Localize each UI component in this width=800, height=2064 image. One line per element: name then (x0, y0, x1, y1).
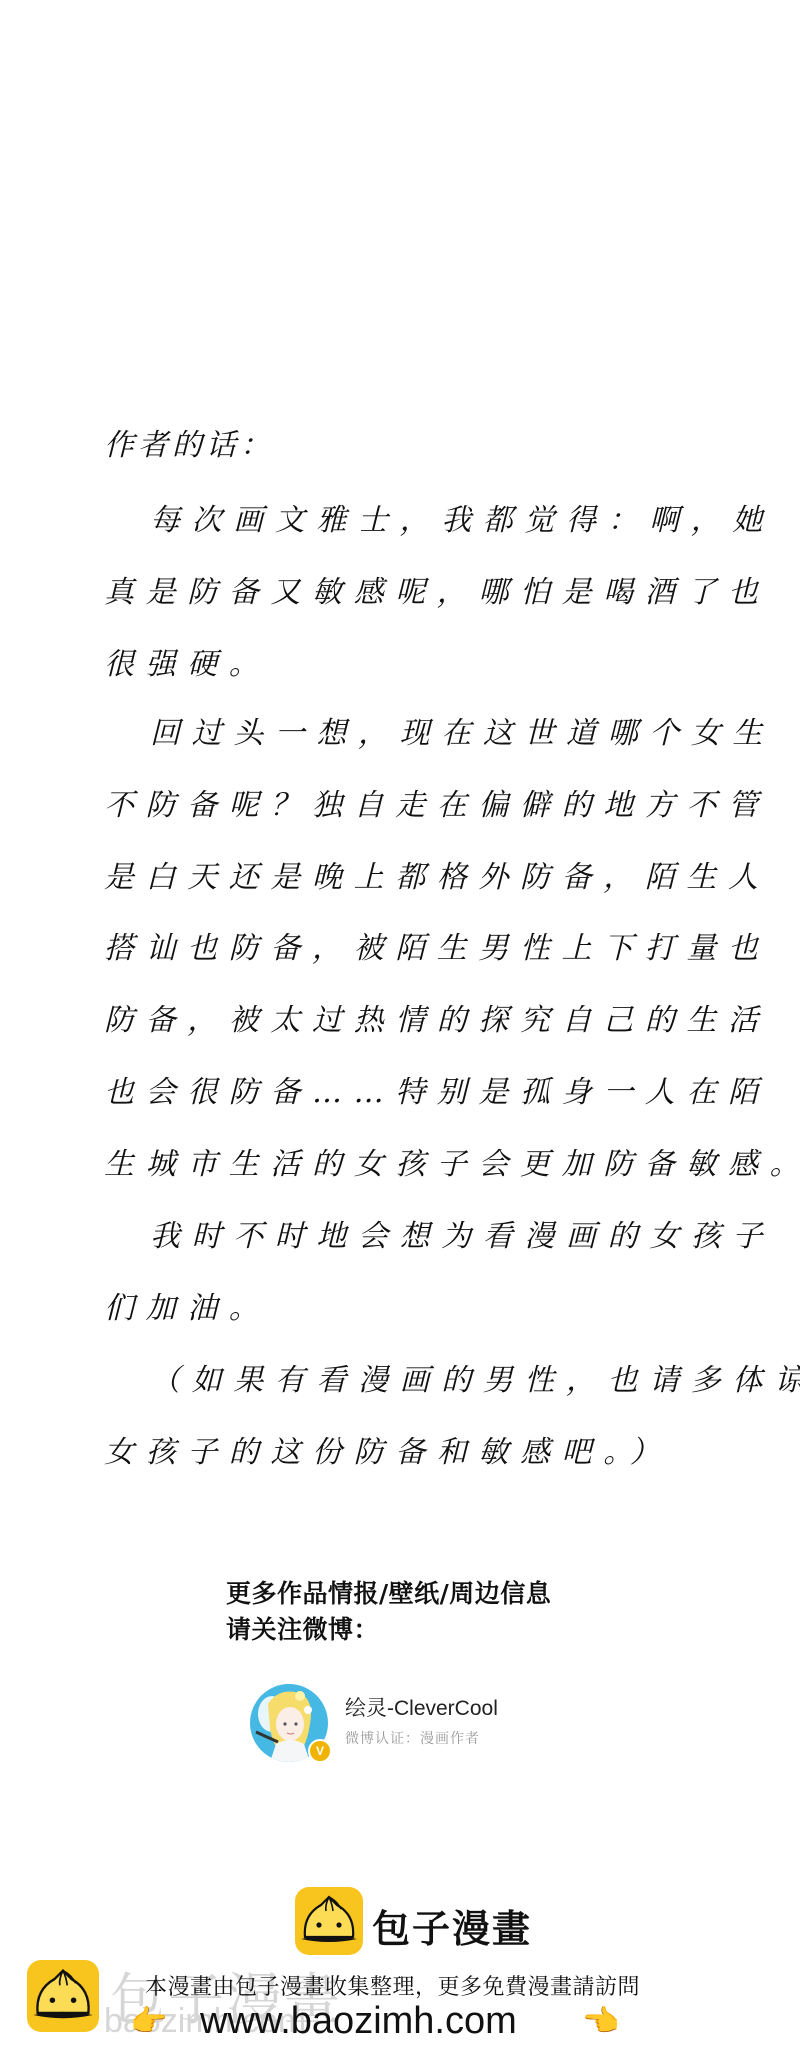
note-line: 我时不时地会想为看漫画的女孩子 (150, 1211, 774, 1255)
note-line: 是白天还是晚上都格外防备，陌生人 (104, 852, 770, 896)
watermark-logo-icon (27, 1960, 99, 2032)
note-line: （如果有看漫画的男性，也请多体谅 (150, 1355, 800, 1399)
note-line: 也会很防备……特别是孤身一人在陌 (104, 1067, 770, 1111)
note-line: 每次画文雅士，我都觉得：啊，她 (150, 495, 774, 539)
note-line: 真是防备又敏感呢，哪怕是喝酒了也 (104, 567, 770, 611)
note-line: 生城市生活的女孩子会更加防备敏感。 (104, 1139, 800, 1183)
note-line: 很强硬。 (104, 639, 270, 683)
note-line: 防备，被太过热情的探究自己的生活 (104, 995, 770, 1039)
weibo-username[interactable]: 绘灵-CleverCool (345, 1692, 498, 1722)
footer-url-link[interactable]: www.baozimh.com (200, 2000, 517, 2043)
note-line: 女孩子的这份防备和敏感吧。） (104, 1427, 671, 1471)
weibo-profile-card[interactable]: V 绘灵-CleverCool 微博认证：漫画作者 (250, 1684, 550, 1764)
promo-title: 更多作品情报/壁纸/周边信息 (226, 1574, 551, 1610)
promo-subtitle: 请关注微博： (226, 1610, 379, 1646)
note-line: 们加油。 (104, 1283, 270, 1327)
weibo-verification-label: 微博认证：漫画作者 (345, 1728, 480, 1748)
brand-name: 包子漫畫 (372, 1898, 532, 1953)
note-line: 搭讪也防备，被陌生男性上下打量也 (104, 923, 770, 967)
pointing-right-hand-icon: 👉 (130, 2004, 167, 2039)
note-line: 不防备呢？独自走在偏僻的地方不管 (104, 780, 770, 824)
baozi-logo-icon[interactable] (295, 1887, 363, 1955)
verified-badge: V (308, 1739, 332, 1763)
footer-notice: 本漫畫由包子漫畫收集整理，更多免費漫畫請訪問 (145, 1970, 640, 2001)
note-line: 回过头一想，现在这世道哪个女生 (150, 708, 774, 752)
pointing-left-hand-icon: 👈 (582, 2004, 619, 2039)
author-note-heading: 作者的话： (104, 420, 274, 464)
